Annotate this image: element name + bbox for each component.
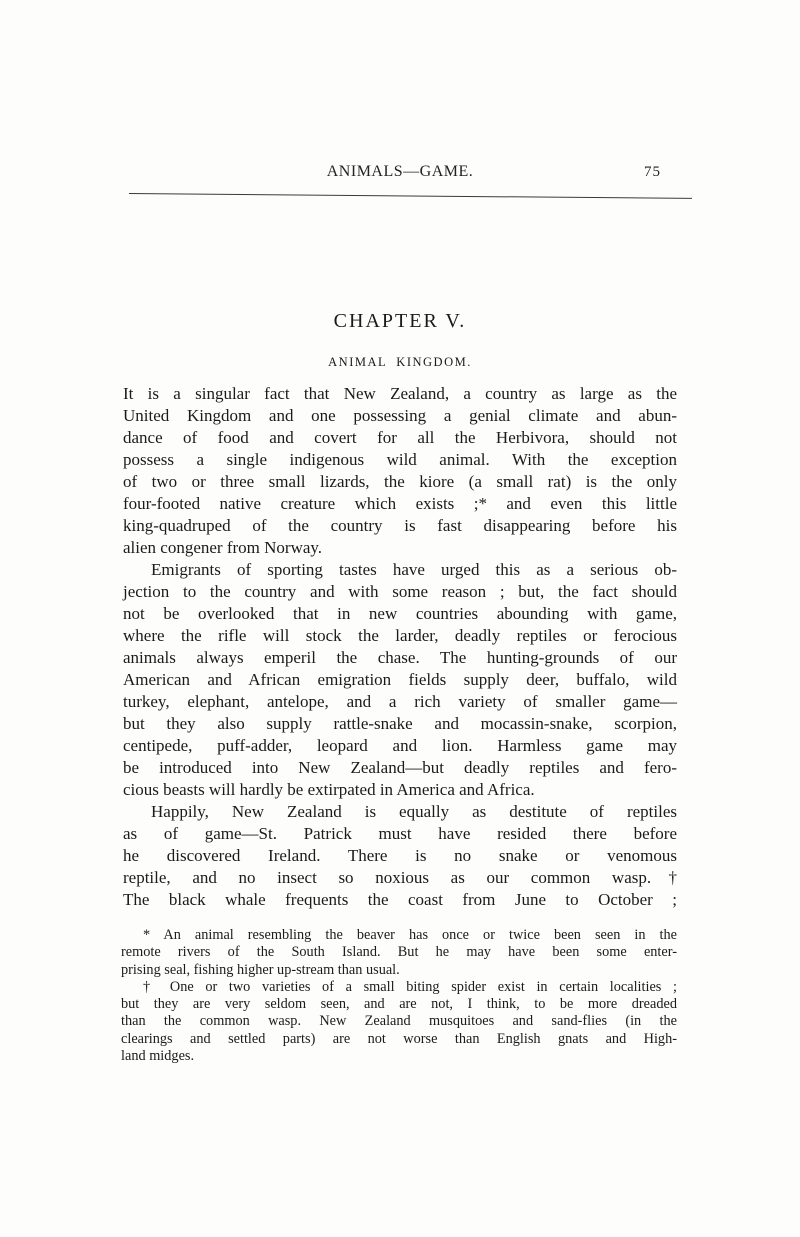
- book-page: ANIMALS—GAME. 75 CHAPTER V. ANIMAL KINGD…: [0, 0, 800, 1237]
- text-line: where the rifle will stock the larder, d…: [123, 625, 677, 647]
- paragraph-1: It is a singular fact that New Zealand, …: [123, 383, 677, 559]
- text-line: Emigrants of sporting tastes have urged …: [123, 559, 677, 581]
- text-line: The black whale frequents the coast from…: [123, 889, 677, 911]
- text-line: land midges.: [121, 1048, 677, 1065]
- text-line: * An animal resembling the beaver has on…: [121, 927, 677, 944]
- text-line: American and African emigration fields s…: [123, 669, 677, 691]
- text-line: remote rivers of the South Island. But h…: [121, 944, 677, 961]
- page-number: 75: [644, 164, 661, 181]
- footnote-dagger: † One or two varieties of a small biting…: [121, 979, 677, 1065]
- body-text: It is a singular fact that New Zealand, …: [123, 383, 677, 911]
- text-line: United Kingdom and one possessing a geni…: [123, 405, 677, 427]
- text-line: be introduced into New Zealand—but deadl…: [123, 757, 677, 779]
- text-line: he discovered Ireland. There is no snake…: [123, 845, 677, 867]
- text-line: but they are very seldom seen, and are n…: [121, 996, 677, 1013]
- text-line: jection to the country and with some rea…: [123, 581, 677, 603]
- text-line: but they also supply rattle-snake and mo…: [123, 713, 677, 735]
- text-line: Happily, New Zealand is equally as desti…: [123, 801, 677, 823]
- text-line: cious beasts will hardly be extirpated i…: [123, 779, 677, 801]
- text-line: It is a singular fact that New Zealand, …: [123, 383, 677, 405]
- text-line: four-footed native creature which exists…: [123, 493, 677, 515]
- text-line: dance of food and covert for all the Her…: [123, 427, 677, 449]
- text-line: centipede, puff-adder, leopard and lion.…: [123, 735, 677, 757]
- paragraph-3: Happily, New Zealand is equally as desti…: [123, 801, 677, 911]
- text-line: possess a single indigenous wild animal.…: [123, 449, 677, 471]
- footnotes: * An animal resembling the beaver has on…: [121, 927, 677, 1065]
- text-line: reptile, and no insect so noxious as our…: [123, 867, 677, 889]
- header-rule: [129, 193, 692, 199]
- text-line: † One or two varieties of a small biting…: [121, 979, 677, 996]
- running-header: ANIMALS—GAME. 75: [123, 163, 677, 183]
- text-line: turkey, elephant, antelope, and a rich v…: [123, 691, 677, 713]
- text-line: prising seal, fishing higher up-stream t…: [121, 962, 677, 979]
- text-line: king-quadruped of the country is fast di…: [123, 515, 677, 537]
- text-line: as of game—St. Patrick must have resided…: [123, 823, 677, 845]
- paragraph-2: Emigrants of sporting tastes have urged …: [123, 559, 677, 801]
- running-header-title: ANIMALS—GAME.: [123, 163, 677, 181]
- footnote-asterisk: * An animal resembling the beaver has on…: [121, 927, 677, 979]
- text-line: animals always emperil the chase. The hu…: [123, 647, 677, 669]
- chapter-subheading: ANIMAL KINGDOM.: [123, 355, 677, 370]
- chapter-heading: CHAPTER V.: [123, 310, 677, 333]
- text-line: clearings and settled parts) are not wor…: [121, 1031, 677, 1048]
- text-line: of two or three small lizards, the kiore…: [123, 471, 677, 493]
- text-line: alien congener from Norway.: [123, 537, 677, 559]
- text-line: not be overlooked that in new countries …: [123, 603, 677, 625]
- text-line: than the common wasp. New Zealand musqui…: [121, 1013, 677, 1030]
